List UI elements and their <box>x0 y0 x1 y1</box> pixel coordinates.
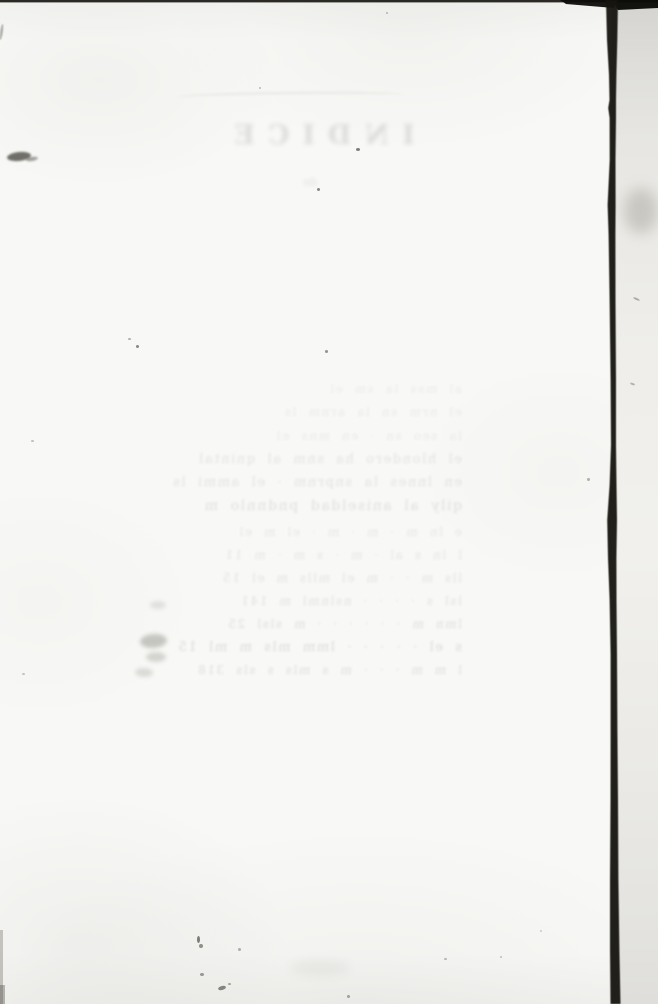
ink-speck <box>128 338 131 340</box>
ink-smudge <box>290 960 350 976</box>
ink-speck <box>444 958 447 960</box>
ink-speck <box>386 12 388 14</box>
ink-speck <box>540 930 542 932</box>
ink-speck <box>259 87 261 89</box>
ink-smudge <box>26 156 39 162</box>
ink-speck <box>238 948 241 951</box>
ink-smudge <box>0 24 4 40</box>
ink-speck <box>136 345 139 348</box>
ink-smudge <box>135 668 153 678</box>
ink-smudge <box>146 652 166 662</box>
artifact-layer <box>0 0 658 1004</box>
ink-speck <box>325 350 328 353</box>
ink-speck <box>347 995 350 998</box>
ink-speck <box>630 382 635 386</box>
ink-speck <box>587 478 590 481</box>
ink-smudge <box>140 633 168 649</box>
ink-smudge <box>150 601 166 609</box>
scanned-page: INDICE de al mss la sm elel nrm sn la ar… <box>0 0 658 1004</box>
ink-speck <box>218 985 227 991</box>
ink-speck <box>31 440 34 442</box>
ink-speck <box>199 944 203 948</box>
ink-speck <box>22 673 25 675</box>
ink-speck <box>500 956 502 958</box>
ink-speck <box>633 297 640 302</box>
ink-speck <box>356 148 360 151</box>
ink-speck <box>197 936 200 943</box>
ink-speck <box>228 983 231 985</box>
ink-speck <box>200 973 204 976</box>
ink-speck <box>317 188 320 191</box>
